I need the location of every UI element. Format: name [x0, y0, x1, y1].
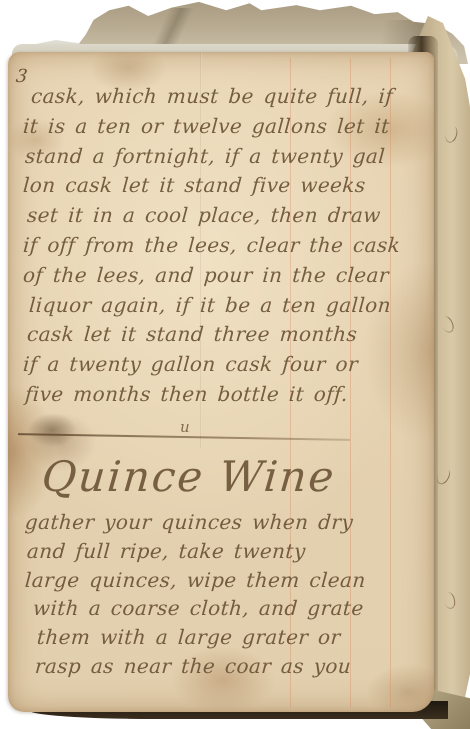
handwritten-line: gather your quinces when dry	[24, 508, 430, 537]
handwritten-line: liquor again, if it be a ten gallon	[22, 291, 428, 321]
handwritten-line: if off from the lees, clear the cask	[22, 231, 428, 261]
handwritten-line: cask, which must be quite full, if	[22, 82, 428, 112]
quince-wine-text: gather your quinces when dry and full ri…	[24, 508, 428, 681]
cask-instructions-text: cask, which must be quite full, if it is…	[22, 82, 426, 410]
handwritten-line: rasp as near the coar as you	[24, 652, 430, 681]
handwritten-line: lon cask let it stand five weeks	[22, 171, 428, 201]
recipe-title: Quince Wine	[40, 452, 338, 501]
handwritten-line: and full ripe, take twenty	[24, 537, 430, 566]
handwritten-line: if a twenty gallon cask four or	[22, 350, 428, 380]
handwritten-line: with a coarse cloth, and grate	[24, 594, 430, 623]
manuscript-page: 3 cask, which must be quite full, if it …	[8, 52, 434, 712]
handwritten-line: five months then bottle it off.	[22, 380, 428, 410]
photographed-manuscript: 3 cask, which must be quite full, if it …	[0, 0, 470, 729]
handwritten-line: them with a large grater or	[24, 623, 430, 652]
handwritten-line: of the lees, and pour in the clear	[22, 261, 428, 291]
divider-flourish: u	[180, 418, 190, 436]
underpage-ink-mark	[444, 125, 460, 145]
underpage-ink-mark	[439, 314, 456, 334]
handwritten-line: cask let it stand three months	[22, 320, 428, 350]
underpage-ink-mark	[442, 591, 457, 610]
handwritten-line: stand a fortnight, if a twenty gal	[22, 142, 428, 172]
handwritten-line: it is a ten or twelve gallons let it	[22, 112, 428, 142]
handwritten-line: large quinces, wipe them clean	[24, 566, 430, 595]
handwritten-line: set it in a cool place, then draw	[22, 201, 428, 231]
